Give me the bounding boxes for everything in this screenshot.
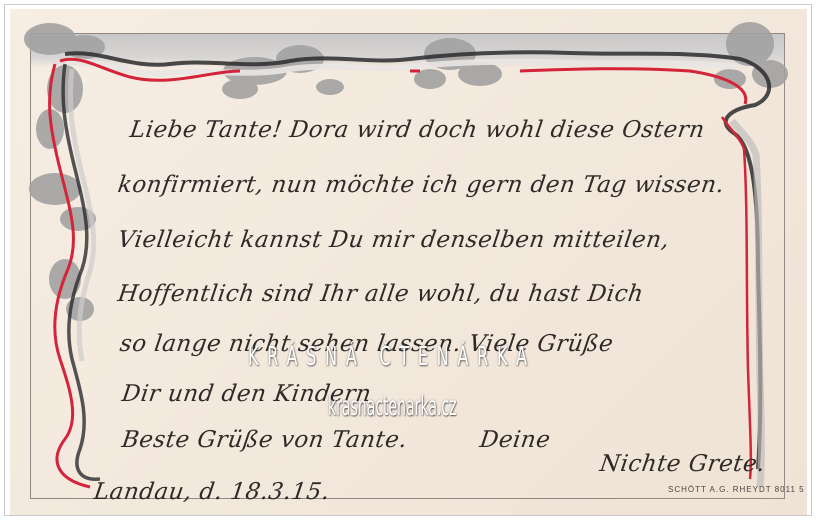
message-line-3: Vielleicht kannst Du mir denselben mitte… — [116, 227, 671, 253]
signature-line-1: Deine — [478, 427, 552, 453]
message-line-7: Beste Grüße von Tante. — [120, 427, 409, 453]
signature-line-2: Nichte Grete. — [598, 451, 767, 477]
watermark-url: krasnactenarka.cz — [328, 391, 457, 422]
printer-imprint: SCHÖTT A.G. RHEYDT 8011 5 — [668, 485, 805, 494]
postcard: Liebe Tante! Dora wird doch wohl diese O… — [10, 9, 807, 515]
message-line-2: konfirmiert, nun möchte ich gern den Tag… — [116, 172, 726, 198]
dateline: Landau, d. 18.3.15. — [92, 479, 331, 505]
message-line-1: Liebe Tante! Dora wird doch wohl diese O… — [128, 117, 706, 143]
watermark-title: KRÁSNÁ ČTENÁRKA — [248, 342, 536, 372]
message-line-4: Hoffentlich sind Ihr alle wohl, du hast … — [116, 281, 645, 307]
